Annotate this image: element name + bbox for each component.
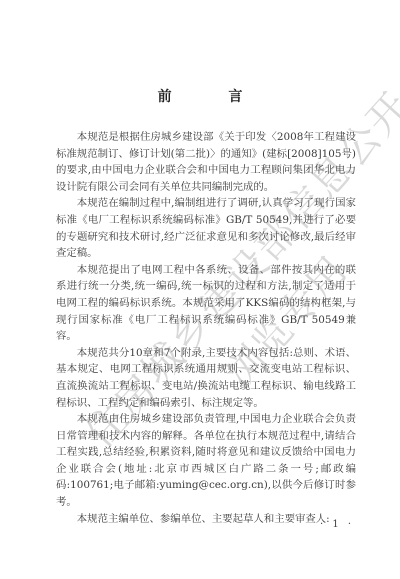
page-number: · 1 · — [320, 519, 354, 530]
paragraph: 本规范由住房城乡建设部负责管理,中国电力企业联合会负责日常管理和技术内容的解释。… — [56, 411, 356, 511]
paragraph: 本规范是根据住房城乡建设部《关于印发〈2008年工程建设标准规范制订、修订计划(… — [56, 129, 356, 195]
document-page: 前 言 本规范是根据住房城乡建设部《关于印发〈2008年工程建设标准规范制订、修… — [0, 0, 400, 579]
paragraph: 本规范主编单位、参编单位、主要起草人和主要审查人: — [56, 511, 356, 528]
paragraph: 本规范在编制过程中,编制组进行了调研,认真学习了现行国家标准《电厂工程标识系统编… — [56, 195, 356, 261]
paragraph: 本规范提出了电网工程中各系统、设备、部件按其内在的联系进行统一分类,统一编码,统… — [56, 262, 356, 345]
paragraph: 本规范共分10章和7个附录,主要技术内容包括:总则、术语、基本规定、电网工程标识… — [56, 345, 356, 411]
document-body: 本规范是根据住房城乡建设部《关于印发〈2008年工程建设标准规范制订、修订计划(… — [56, 129, 356, 527]
page-title: 前 言 — [0, 86, 400, 106]
